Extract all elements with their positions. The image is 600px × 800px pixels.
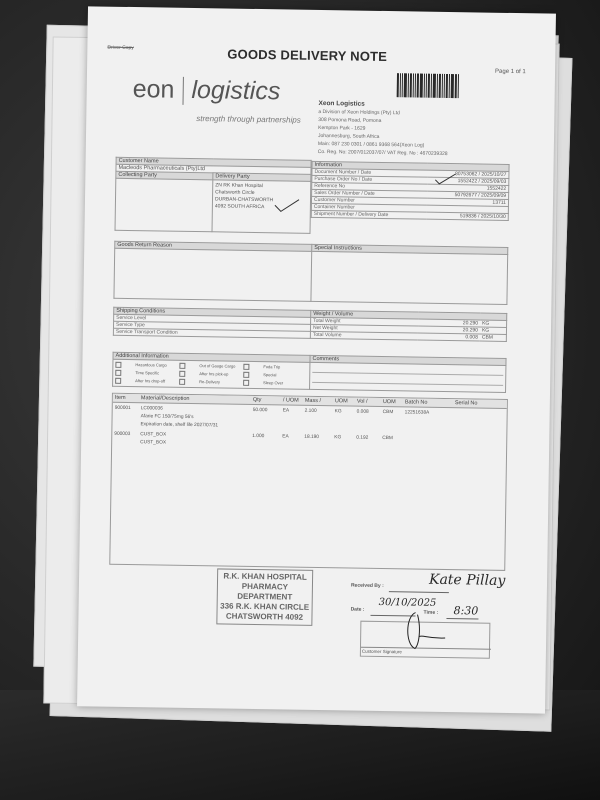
- information-table: Information Document Number / Date807530…: [311, 161, 510, 221]
- option-label: Time Specific: [135, 370, 159, 375]
- pharmacy-stamp: R.K. KHAN HOSPITAL PHARMACY DEPARTMENT 3…: [216, 568, 313, 626]
- company-line: Co. Reg. No: 2007/012037/07/ VAT Reg. No…: [318, 148, 448, 158]
- date-value: 30/10/2025: [379, 597, 437, 609]
- option-checkbox[interactable]: Re-Delivery: [179, 378, 243, 387]
- additional-comments-table: Additional Information Comments Hazardou…: [112, 352, 507, 393]
- signature-box: Customer Signature: [360, 621, 491, 659]
- special-instructions-cell: [311, 251, 508, 304]
- item-mass: 18.190: [304, 434, 334, 442]
- item-batch: [404, 435, 454, 444]
- checkmark-icon: [433, 172, 457, 186]
- delivery-note-page: Driver Copy GOODS DELIVERY NOTE Page 1 o…: [77, 6, 556, 713]
- items-column-header: / UOM: [283, 397, 305, 403]
- total-volume-unit: CBM: [480, 334, 507, 341]
- checkmark-icon: [273, 197, 301, 213]
- option-label: Fuda Trip: [263, 364, 280, 369]
- checkbox-icon: [115, 378, 121, 384]
- item-vol: 0.008: [357, 409, 383, 417]
- item-mass-uom: KG: [334, 434, 356, 442]
- item-vol-uom: CBM: [382, 435, 404, 443]
- item-qty: 50.000: [253, 407, 283, 415]
- item-serial: [454, 436, 494, 445]
- company-address: Xeon Logistics a Division of Xeon Holdin…: [318, 100, 449, 158]
- total-volume-value: 0.008: [417, 333, 479, 341]
- checkbox-icon: [243, 364, 249, 370]
- item-batch: 12251638A: [405, 409, 455, 418]
- signature-scribble-icon: [401, 608, 452, 653]
- page-number: Page 1 of 1: [495, 69, 526, 75]
- item-item: 900001: [115, 405, 141, 413]
- barcode-icon: [397, 73, 467, 98]
- option-label: After hrs drop-off: [135, 378, 165, 383]
- option-label: Special: [263, 372, 276, 377]
- received-by-label: Received By :: [351, 583, 384, 590]
- shipping-weight-table: Shipping Conditions Weight / Volume Serv…: [113, 307, 507, 342]
- logo-eon: eon: [133, 75, 175, 104]
- checkbox-icon: [243, 380, 249, 386]
- items-column-header: Material/Description: [141, 395, 253, 403]
- company-logo: eonlogistics: [132, 75, 280, 107]
- checkbox-icon: [179, 379, 185, 385]
- logo-tagline: strength through partnerships: [196, 114, 301, 125]
- received-by-value: Kate Pillay: [429, 572, 506, 589]
- logo-logistics: logistics: [191, 76, 280, 105]
- option-label: Hazardous Cargo: [135, 362, 166, 367]
- item-vol-uom: CBM: [383, 409, 405, 417]
- checkbox-icon: [243, 372, 249, 378]
- items-table: ItemMaterial/DescriptionQty/ UOMMass /UO…: [109, 393, 508, 571]
- items-column-header: Serial No: [455, 400, 495, 407]
- item-mass: 2.100: [305, 408, 335, 416]
- stamp-line: CHATSWORTH 4092: [217, 611, 311, 622]
- item-item: 900003: [114, 431, 140, 439]
- collecting-party-cell: [115, 178, 213, 232]
- return-instructions-table: Goods Return Reason Special Instructions: [113, 241, 508, 305]
- copy-label: Driver Copy: [107, 45, 133, 51]
- item-uom: EA: [282, 433, 304, 441]
- item-uom: EA: [283, 407, 305, 415]
- items-column-header: UOM: [335, 398, 357, 404]
- additional-options: Hazardous CargoOut of Gauge CargoFuda Tr…: [113, 359, 310, 389]
- checkbox-icon: [179, 371, 185, 377]
- items-column-header: Batch No: [405, 399, 455, 406]
- option-checkbox[interactable]: After hrs drop-off: [115, 377, 179, 386]
- items-column-header: Mass /: [305, 398, 335, 404]
- items-column-header: Qty: [253, 397, 283, 403]
- total-volume-label: Total Volume: [310, 331, 417, 340]
- option-label: Sleep Over: [263, 380, 283, 385]
- items-column-header: Item: [115, 395, 141, 401]
- checkbox-icon: [179, 363, 185, 369]
- item-mass-uom: KG: [335, 408, 357, 416]
- checkbox-icon: [115, 370, 121, 376]
- option-checkbox[interactable]: Sleep Over: [243, 379, 307, 388]
- logo-divider: [182, 77, 183, 105]
- items-column-header: Vol /: [357, 399, 383, 405]
- checkbox-icon: [115, 362, 121, 368]
- items-body: 900001LC00003650.000EA2.100KG0.008CBM122…: [112, 403, 507, 455]
- customer-table: Customer Name Macleods Pharmaceuticals (…: [115, 157, 312, 234]
- items-column-header: UOM: [383, 399, 405, 405]
- item-serial: [455, 410, 495, 419]
- goods-return-cell: [114, 248, 312, 301]
- date-label: Date :: [351, 607, 365, 613]
- document-title: GOODS DELIVERY NOTE: [227, 47, 387, 65]
- item-vol: 0.192: [356, 435, 382, 443]
- time-value: 8:30: [453, 604, 478, 617]
- option-label: Re-Delivery: [199, 379, 220, 384]
- option-label: Out of Gauge Cargo: [199, 363, 235, 369]
- information-value: 519836 / 2025/10/30: [427, 212, 509, 220]
- information-label: Shipment Number / Delivery Date: [311, 210, 426, 219]
- option-label: After hrs pick-up: [199, 371, 228, 376]
- comments-cell: [310, 362, 506, 392]
- received-by-line: [389, 591, 449, 593]
- item-qty: 1.000: [252, 433, 282, 441]
